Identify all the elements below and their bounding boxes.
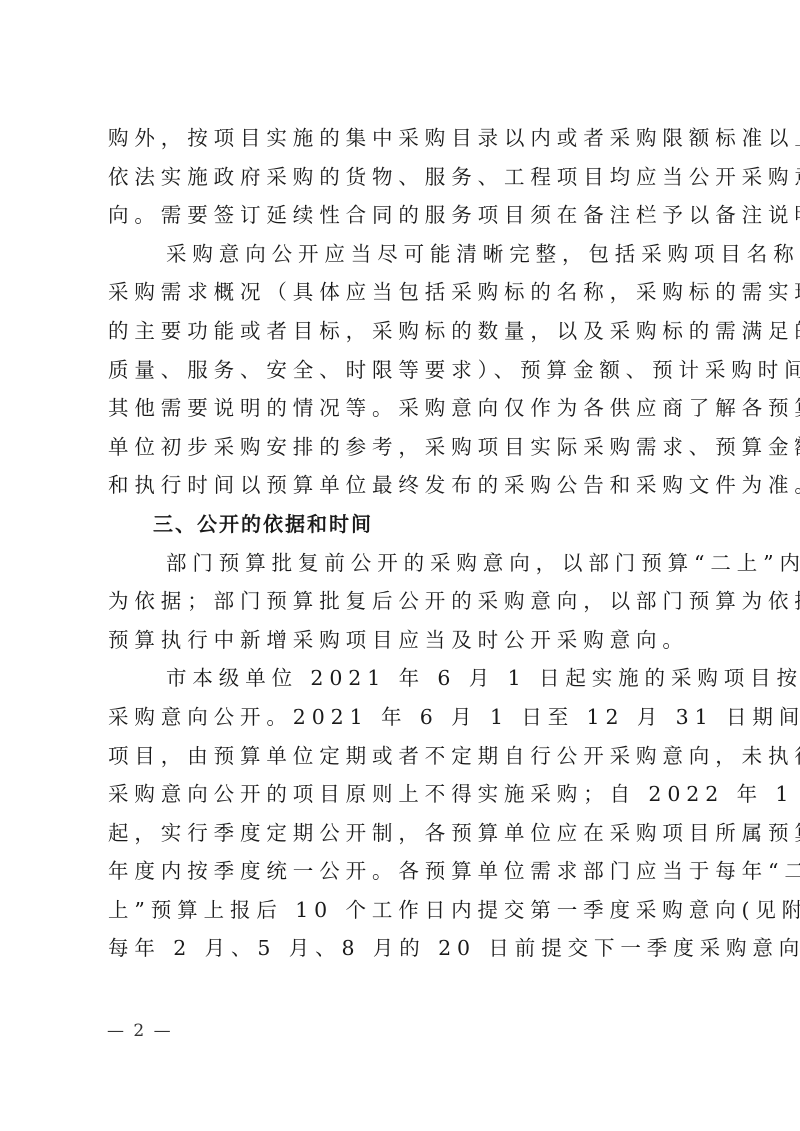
text-line: 预算执行中新增采购项目应当及时公开采购意向。 bbox=[108, 621, 696, 660]
text-line: 市本级单位 2021 年 6 月 1 日起实施的采购项目按规定执行 bbox=[108, 659, 696, 698]
paragraph-disclosure-content: 采购意向公开应当尽可能清晰完整，包括采购项目名称、 采购需求概况（具体应当包括采… bbox=[108, 235, 696, 505]
paragraph-disclosure-basis: 部门预算批复前公开的采购意向，以部门预算“二上”内容 为依据；部门预算批复后公开… bbox=[108, 544, 696, 660]
text-line: 采购意向公开。2021 年 6 月 1 日至 12 月 31 日期间实施的采购 bbox=[108, 698, 696, 737]
text-line: 部门预算批复前公开的采购意向，以部门预算“二上”内容 bbox=[108, 544, 696, 583]
paragraph-continuation: 购外，按项目实施的集中采购目录以内或者采购限额标准以上 依法实施政府采购的货物、… bbox=[108, 119, 696, 235]
text-line: 项目，由预算单位定期或者不定期自行公开采购意向，未执行 bbox=[108, 737, 696, 776]
text-line: 和执行时间以预算单位最终发布的采购公告和采购文件为准。 bbox=[108, 466, 696, 505]
text-line: 每年 2 月、5 月、8 月的 20 日前提交下一季度采购意向，预算 bbox=[108, 929, 696, 968]
text-line: 依法实施政府采购的货物、服务、工程项目均应当公开采购意 bbox=[108, 158, 696, 197]
text-line: 其他需要说明的情况等。采购意向仅作为各供应商了解各预算 bbox=[108, 389, 696, 428]
document-page: 购外，按项目实施的集中采购目录以内或者采购限额标准以上 依法实施政府采购的货物、… bbox=[108, 119, 696, 968]
text-line: 为依据；部门预算批复后公开的采购意向，以部门预算为依据。 bbox=[108, 582, 696, 621]
text-line: 的主要功能或者目标，采购标的数量，以及采购标的需满足的 bbox=[108, 312, 696, 351]
text-line: 上”预算上报后 10 个工作日内提交第一季度采购意向(见附件)， bbox=[108, 891, 696, 930]
text-line: 单位初步采购安排的参考，采购项目实际采购需求、预算金额 bbox=[108, 428, 696, 467]
text-line: 采购需求概况（具体应当包括采购标的名称，采购标的需实现 bbox=[108, 273, 696, 312]
text-line: 采购意向公开应当尽可能清晰完整，包括采购项目名称、 bbox=[108, 235, 696, 274]
page-number: — 2 — bbox=[107, 1021, 173, 1041]
text-line: 向。需要签订延续性合同的服务项目须在备注栏予以备注说明。 bbox=[108, 196, 696, 235]
text-line: 年度内按季度统一公开。各预算单位需求部门应当于每年“二 bbox=[108, 852, 696, 891]
text-line: 采购意向公开的项目原则上不得实施采购；自 2022 年 1 月 1 日 bbox=[108, 775, 696, 814]
text-line: 购外，按项目实施的集中采购目录以内或者采购限额标准以上 bbox=[108, 119, 696, 158]
paragraph-disclosure-timing: 市本级单位 2021 年 6 月 1 日起实施的采购项目按规定执行 采购意向公开… bbox=[108, 659, 696, 968]
text-line: 起，实行季度定期公开制，各预算单位应在采购项目所属预算 bbox=[108, 814, 696, 853]
text-line: 质量、服务、安全、时限等要求）、预算金额、预计采购时间、 bbox=[108, 351, 696, 390]
section-heading: 三、公开的依据和时间 bbox=[108, 505, 696, 544]
